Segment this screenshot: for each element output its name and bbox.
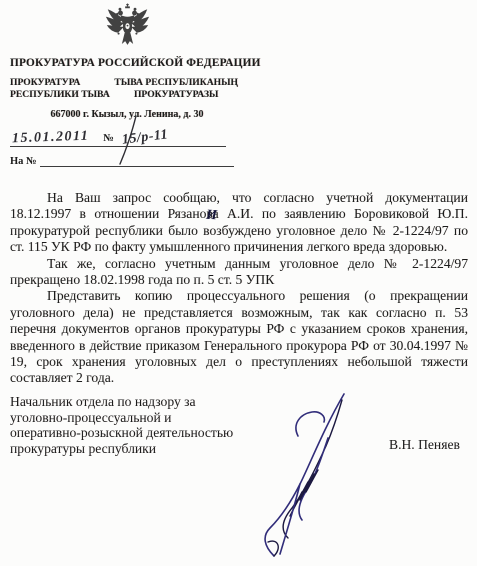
org-name-russian-line1: ПРОКУРАТУРА: [10, 77, 110, 89]
org-name-federal: ПРОКУРАТУРА РОССИЙСКОЙ ФЕДЕРАЦИИ: [10, 57, 244, 69]
double-headed-eagle-icon: [104, 3, 151, 53]
handwritten-date: 15.01.2011: [12, 129, 90, 148]
org-name-tuvan-line1: ТЫВА РЕСПУБЛИКАНЫҢ: [114, 77, 238, 89]
paragraph-copy-unavailable: Представить копию процессуального решени…: [10, 288, 468, 386]
scanned-letter-page: ПРОКУРАТУРА РОССИЙСКОЙ ФЕДЕРАЦИИ ПРОКУРА…: [0, 0, 477, 566]
incoming-ref-label: На №: [10, 156, 37, 167]
org-name-tuvan-line2: ПРОКУРАТУРАЗЫ: [114, 89, 238, 101]
handwritten-signature: [256, 388, 356, 562]
coat-of-arms-emblem: [10, 3, 244, 53]
org-name-russian-line2: РЕСПУБЛИКИ ТЫВА: [10, 89, 110, 101]
signer-position-line1: Начальник отдела по надзору за: [10, 394, 270, 410]
handwritten-initial-correction: И: [206, 208, 218, 225]
paragraph-case-closed: Так же, согласно учетным данным уголовно…: [10, 256, 468, 289]
paragraph-case-opened: На Ваш запрос сообщаю, что согласно учет…: [10, 190, 468, 256]
signer-position-line4: прокуратуры республики: [10, 441, 270, 457]
signer-name: В.Н. Пеняев: [389, 437, 460, 453]
signer-position-block: Начальник отдела по надзору за уголовно-…: [10, 394, 270, 456]
org-name-regional: ПРОКУРАТУРА РЕСПУБЛИКИ ТЫВА ТЫВА РЕСПУБЛ…: [10, 77, 238, 100]
org-name-russian: ПРОКУРАТУРА РЕСПУБЛИКИ ТЫВА: [10, 77, 110, 100]
signer-position-line3: оперативно-розыскной деятельностью: [10, 425, 270, 441]
handwritten-slash-stroke: [116, 114, 140, 166]
signer-position-line2: уголовно-процессуальной и: [10, 410, 270, 426]
numero-sign: №: [103, 133, 114, 146]
letter-body: На Ваш запрос сообщаю, что согласно учет…: [10, 190, 468, 387]
org-name-tuvan: ТЫВА РЕСПУБЛИКАНЫҢ ПРОКУРАТУРАЗЫ: [114, 77, 238, 100]
